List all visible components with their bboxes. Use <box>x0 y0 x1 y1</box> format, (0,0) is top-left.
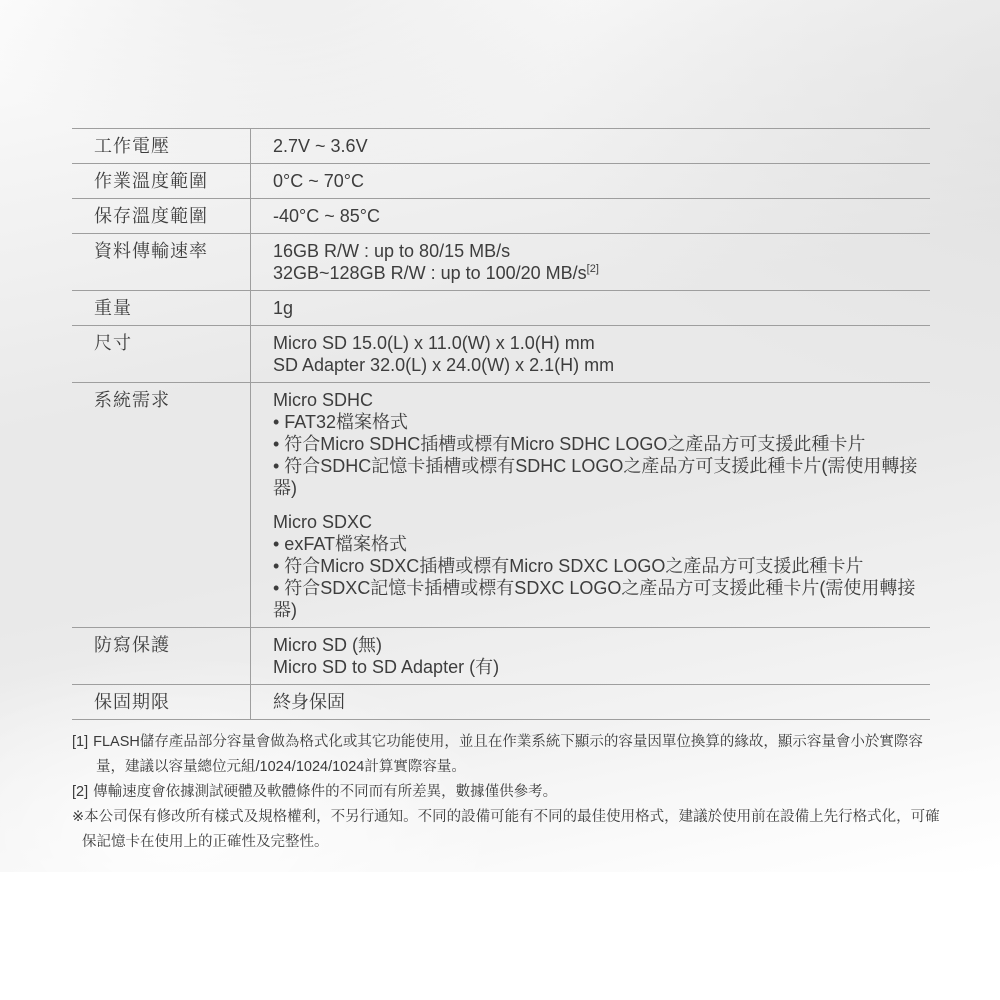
spec-value: 1g <box>251 291 930 325</box>
spec-label: 防寫保護 <box>72 628 251 684</box>
bullet-item: • FAT32檔案格式 <box>273 411 920 433</box>
operating-voltage-row: 工作電壓 2.7V ~ 3.6V <box>72 129 930 164</box>
write-protect-row: 防寫保護 Micro SD (無) Micro SD to SD Adapter… <box>72 628 930 685</box>
footnote-marker: ※ <box>72 809 84 825</box>
footnote-marker: [2] <box>72 784 93 800</box>
spec-line: 32GB~128GB R/W : up to 100/20 MB/s[2] <box>273 262 920 284</box>
spec-line: Micro SD 15.0(L) x 11.0(W) x 1.0(H) mm <box>273 332 920 354</box>
spec-line: 1g <box>273 297 920 319</box>
spec-label: 工作電壓 <box>72 129 251 163</box>
sdhc-group: Micro SDHC • FAT32檔案格式 • 符合Micro SDHC插槽或… <box>273 389 920 499</box>
storage-temperature-row: 保存溫度範圍 -40°C ~ 85°C <box>72 199 930 234</box>
system-requirements-row: 系統需求 Micro SDHC • FAT32檔案格式 • 符合Micro SD… <box>72 383 930 628</box>
spec-line: -40°C ~ 85°C <box>273 205 920 227</box>
spec-label: 重量 <box>72 291 251 325</box>
footnote-marker: [1] <box>72 734 93 750</box>
footnote-1: [1]FLASH儲存產品部分容量會做為格式化或其它功能使用，並且在作業系統下顯示… <box>72 730 940 780</box>
spec-value: -40°C ~ 85°C <box>251 199 930 233</box>
spec-value: 0°C ~ 70°C <box>251 164 930 198</box>
spec-value: Micro SDHC • FAT32檔案格式 • 符合Micro SDHC插槽或… <box>251 383 930 627</box>
weight-row: 重量 1g <box>72 291 930 326</box>
group-heading: Micro SDXC <box>273 511 920 533</box>
bullet-item: • 符合Micro SDXC插槽或標有Micro SDXC LOGO之產品方可支… <box>273 555 920 577</box>
spec-value: Micro SD 15.0(L) x 11.0(W) x 1.0(H) mm S… <box>251 326 930 382</box>
group-heading: Micro SDHC <box>273 389 920 411</box>
footnote-ref: [2] <box>587 263 599 275</box>
page: 工作電壓 2.7V ~ 3.6V 作業溫度範圍 0°C ~ 70°C 保存溫度範… <box>0 0 1000 1000</box>
spec-value: Micro SD (無) Micro SD to SD Adapter (有) <box>251 628 930 684</box>
bullet-item: • 符合SDXC記憶卡插槽或標有SDXC LOGO之產品方可支援此種卡片(需使用… <box>273 577 920 621</box>
footnote-text: 傳輸速度會依據測試硬體及軟體條件的不同而有所差異，數據僅供參考。 <box>93 784 557 800</box>
spec-value: 2.7V ~ 3.6V <box>251 129 930 163</box>
dimensions-row: 尺寸 Micro SD 15.0(L) x 11.0(W) x 1.0(H) m… <box>72 326 930 383</box>
spec-line: Micro SD to SD Adapter (有) <box>273 656 920 678</box>
spec-line: 0°C ~ 70°C <box>273 170 920 192</box>
sdxc-group: Micro SDXC • exFAT檔案格式 • 符合Micro SDXC插槽或… <box>273 511 920 621</box>
footnote-disclaimer: ※本公司保有修改所有樣式及規格權利，不另行通知。不同的設備可能有不同的最佳使用格… <box>72 805 940 855</box>
spec-line: Micro SD (無) <box>273 634 920 656</box>
footnotes: [1]FLASH儲存產品部分容量會做為格式化或其它功能使用，並且在作業系統下顯示… <box>72 730 940 855</box>
spec-value: 終身保固 <box>251 685 930 719</box>
transfer-rate-row: 資料傳輸速率 16GB R/W : up to 80/15 MB/s 32GB~… <box>72 234 930 291</box>
spec-line: SD Adapter 32.0(L) x 24.0(W) x 2.1(H) mm <box>273 354 920 376</box>
footnote-text: FLASH儲存產品部分容量會做為格式化或其它功能使用，並且在作業系統下顯示的容量… <box>93 734 923 775</box>
spec-value: 16GB R/W : up to 80/15 MB/s 32GB~128GB R… <box>251 234 930 290</box>
spec-label: 尺寸 <box>72 326 251 382</box>
spec-label: 保固期限 <box>72 685 251 719</box>
spec-label: 作業溫度範圍 <box>72 164 251 198</box>
content-area: 工作電壓 2.7V ~ 3.6V 作業溫度範圍 0°C ~ 70°C 保存溫度範… <box>72 128 940 855</box>
footnote-2: [2]傳輸速度會依據測試硬體及軟體條件的不同而有所差異，數據僅供參考。 <box>72 780 940 805</box>
spec-line: 終身保固 <box>273 691 920 713</box>
bullet-item: • 符合SDHC記憶卡插槽或標有SDHC LOGO之產品方可支援此種卡片(需使用… <box>273 455 920 499</box>
spec-table: 工作電壓 2.7V ~ 3.6V 作業溫度範圍 0°C ~ 70°C 保存溫度範… <box>72 128 930 720</box>
bullet-item: • exFAT檔案格式 <box>273 533 920 555</box>
spec-line-text: 32GB~128GB R/W : up to 100/20 MB/s <box>273 263 587 283</box>
warranty-row: 保固期限 終身保固 <box>72 685 930 720</box>
bullet-item: • 符合Micro SDHC插槽或標有Micro SDHC LOGO之產品方可支… <box>273 433 920 455</box>
operating-temperature-row: 作業溫度範圍 0°C ~ 70°C <box>72 164 930 199</box>
spec-line: 2.7V ~ 3.6V <box>273 135 920 157</box>
spec-label: 系統需求 <box>72 383 251 627</box>
footnote-text: 本公司保有修改所有樣式及規格權利，不另行通知。不同的設備可能有不同的最佳使用格式… <box>82 809 940 850</box>
spec-label: 保存溫度範圍 <box>72 199 251 233</box>
spec-line: 16GB R/W : up to 80/15 MB/s <box>273 240 920 262</box>
spec-label: 資料傳輸速率 <box>72 234 251 290</box>
